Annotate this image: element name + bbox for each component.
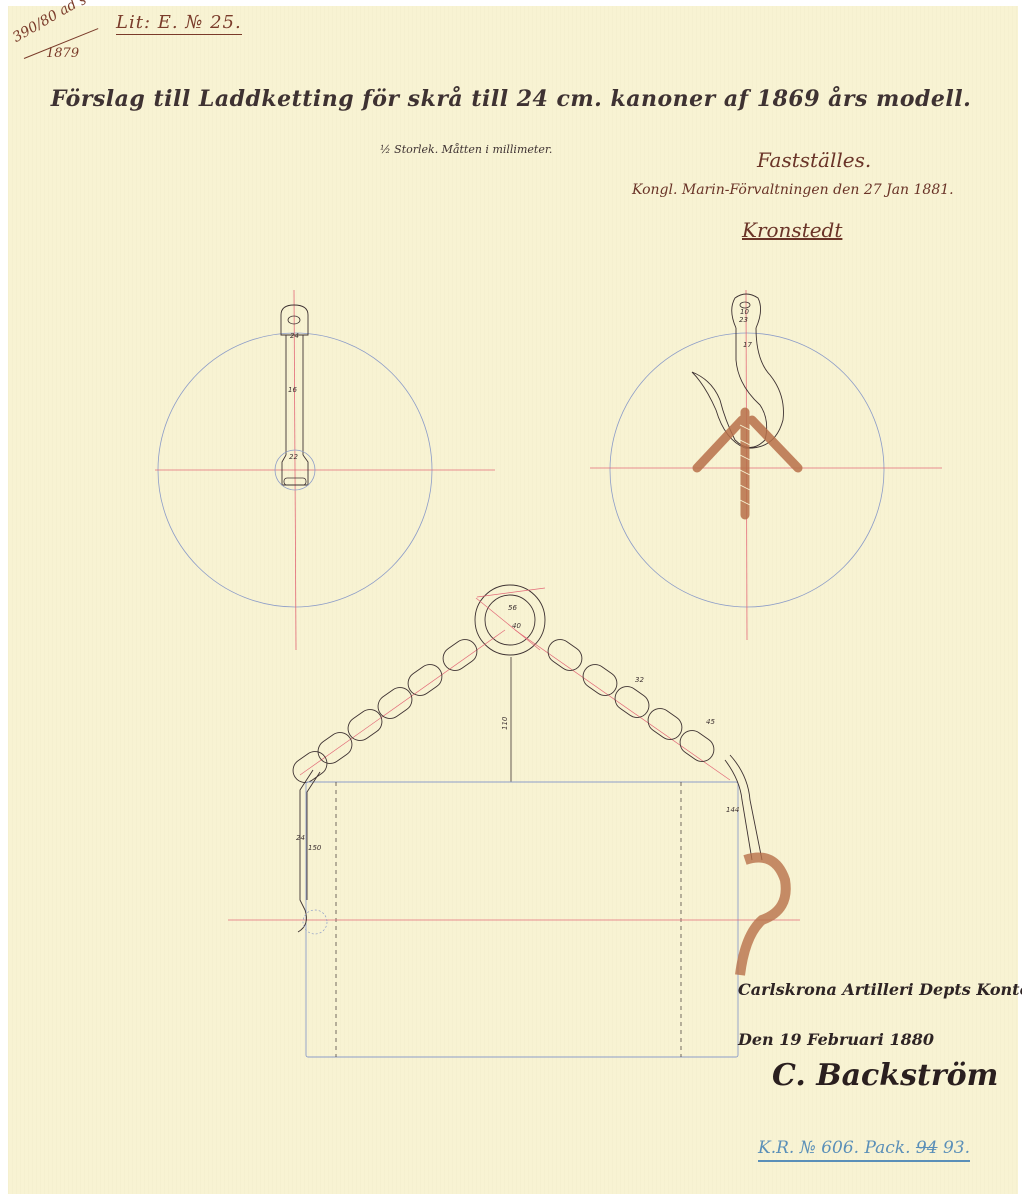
svg-text:150: 150 bbox=[308, 844, 322, 852]
left-view: 24 16 22 bbox=[155, 290, 495, 650]
svg-text:32: 32 bbox=[635, 676, 644, 684]
svg-text:110: 110 bbox=[501, 716, 509, 730]
origin-date: Den 19 Februari 1880 bbox=[738, 1030, 934, 1049]
svg-text:23: 23 bbox=[739, 316, 748, 324]
front-view: 56 40 32 45 110 bbox=[228, 585, 800, 1057]
registry-number: K.R. № 606. Pack. 94 93. bbox=[758, 1138, 970, 1162]
svg-text:24: 24 bbox=[296, 834, 305, 842]
svg-text:17: 17 bbox=[743, 341, 752, 349]
right-view: 10 23 17 bbox=[590, 290, 942, 640]
svg-text:45: 45 bbox=[706, 718, 715, 726]
technical-drawing: 24 16 22 10 23 17 56 40 bbox=[0, 0, 1022, 1200]
svg-text:40: 40 bbox=[512, 622, 521, 630]
svg-text:144: 144 bbox=[726, 806, 739, 814]
svg-text:24: 24 bbox=[290, 332, 299, 340]
origin-signature: C. Backström bbox=[772, 1058, 998, 1093]
registry-prefix: K.R. № 606. Pack. bbox=[758, 1138, 911, 1158]
svg-text:56: 56 bbox=[508, 604, 517, 612]
origin-office: Carlskrona Artilleri Depts Kontor bbox=[738, 980, 1022, 999]
registry-struck-number: 94 bbox=[916, 1138, 938, 1158]
registry-pack-number: 93. bbox=[943, 1138, 970, 1158]
svg-text:16: 16 bbox=[288, 386, 297, 394]
svg-text:10: 10 bbox=[740, 308, 749, 316]
svg-text:22: 22 bbox=[289, 453, 298, 461]
